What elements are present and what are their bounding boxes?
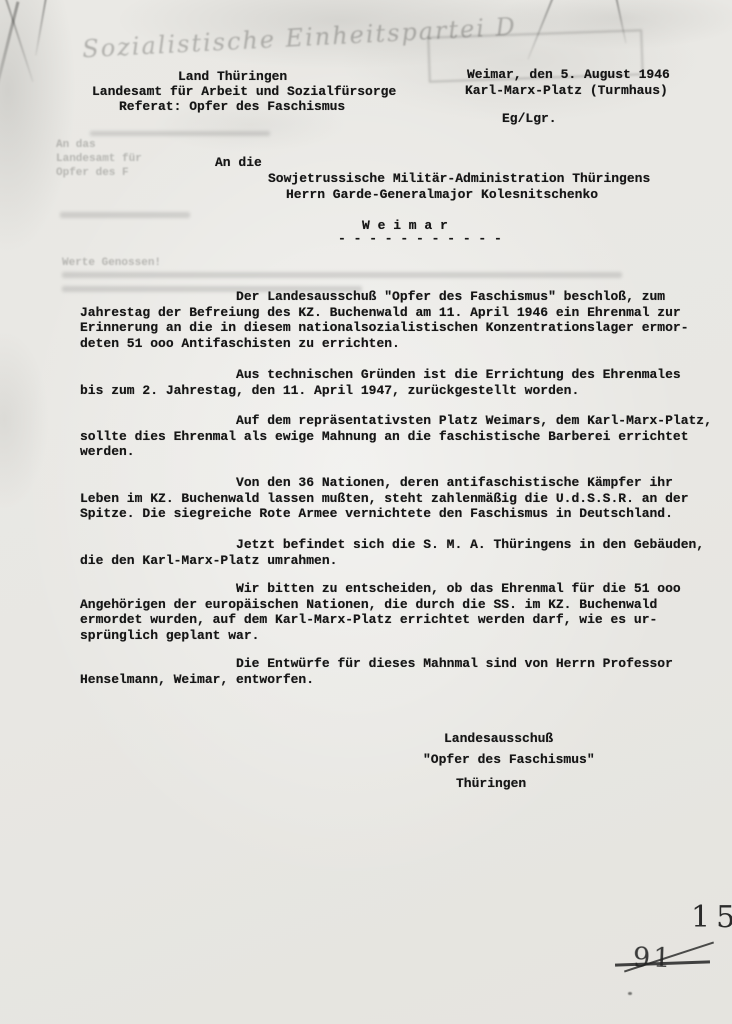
recipient-salutation: An die — [215, 155, 262, 171]
recipient-underline: - - - - - - - - - - - — [338, 231, 502, 247]
body-paragraph: Auf dem repräsentativsten Platz Weimars,… — [80, 413, 712, 460]
body-paragraph: Der Landesausschuß "Opfer des Faschismus… — [80, 289, 689, 351]
ghost-text-line: Werte Genossen! — [62, 257, 161, 270]
ghost-text-smudge — [60, 212, 190, 218]
date-line: Weimar, den 5. August 1946 — [467, 67, 670, 83]
address-line: Karl-Marx-Platz (Turmhaus) — [465, 83, 668, 99]
ghost-text-line: An das — [56, 139, 96, 152]
page-number: 15 — [691, 901, 732, 935]
page-number-crossed-out: 91 — [632, 943, 673, 974]
body-paragraph: Von den 36 Nationen, deren antifaschisti… — [80, 475, 689, 522]
recipient-person: Herrn Garde-Generalmajor Kolesnitschenko — [286, 187, 598, 203]
recipient-organization: Sowjetrussische Militär-Administration T… — [268, 171, 650, 187]
letterhead-region: Land Thüringen — [178, 69, 287, 85]
body-paragraph: Die Entwürfe für dieses Mahnmal sind von… — [80, 656, 673, 687]
ink-dot — [628, 992, 632, 995]
letterhead-department: Referat: Opfer des Faschismus — [119, 99, 345, 115]
signature-region: Thüringen — [456, 776, 526, 792]
ghost-text-line: Opfer des F — [56, 167, 129, 180]
document-page: Sozialistische Einheitspartei D Land Thü… — [0, 0, 732, 1024]
ghost-text-line: Landesamt für — [56, 153, 142, 166]
signature-committee: Landesausschuß — [444, 731, 553, 747]
ghost-text-smudge — [90, 131, 270, 136]
body-paragraph: Jetzt befindet sich die S. M. A. Thüring… — [80, 537, 704, 568]
paper-crease — [35, 0, 47, 56]
reference-code: Eg/Lgr. — [502, 111, 557, 127]
paper-crease — [0, 1, 19, 118]
body-paragraph: Wir bitten zu entscheiden, ob das Ehrenm… — [80, 581, 681, 643]
signature-org: "Opfer des Faschismus" — [423, 752, 595, 768]
ghost-text-smudge — [62, 272, 622, 278]
body-paragraph: Aus technischen Gründen ist die Errichtu… — [80, 367, 681, 398]
letterhead-office: Landesamt für Arbeit und Sozialfürsorge — [92, 84, 396, 100]
